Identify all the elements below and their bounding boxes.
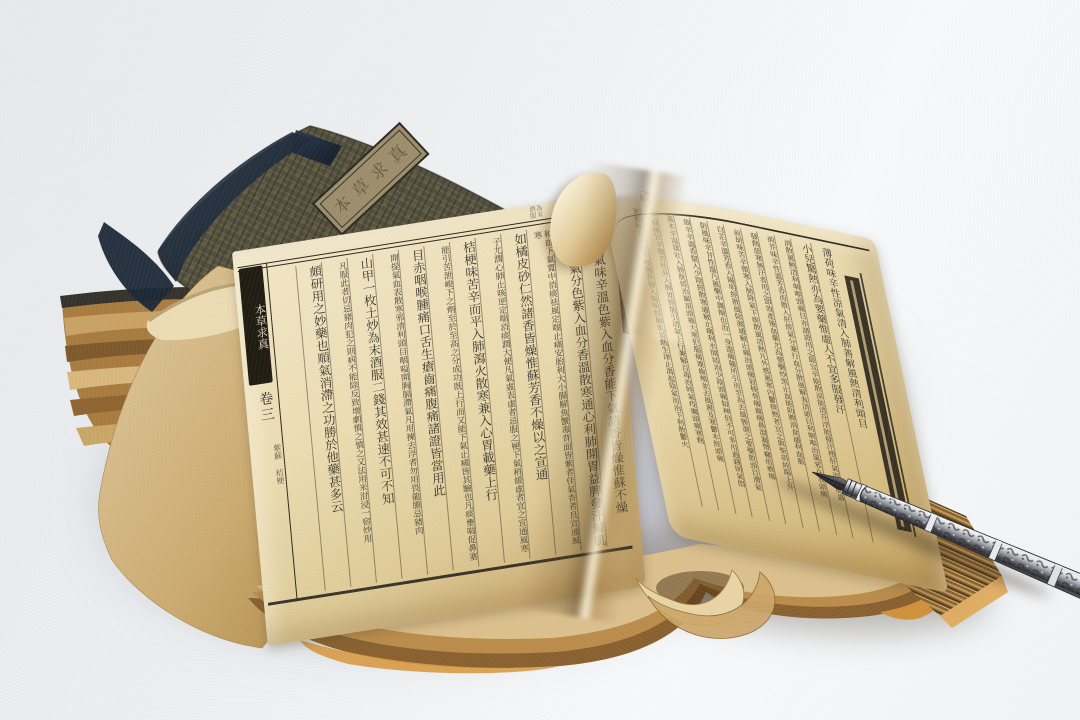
silver-pen (780, 428, 1080, 638)
photograph-scene: 本草求真 本草求真 卷三 紫蘇 桔梗 (0, 0, 1080, 720)
